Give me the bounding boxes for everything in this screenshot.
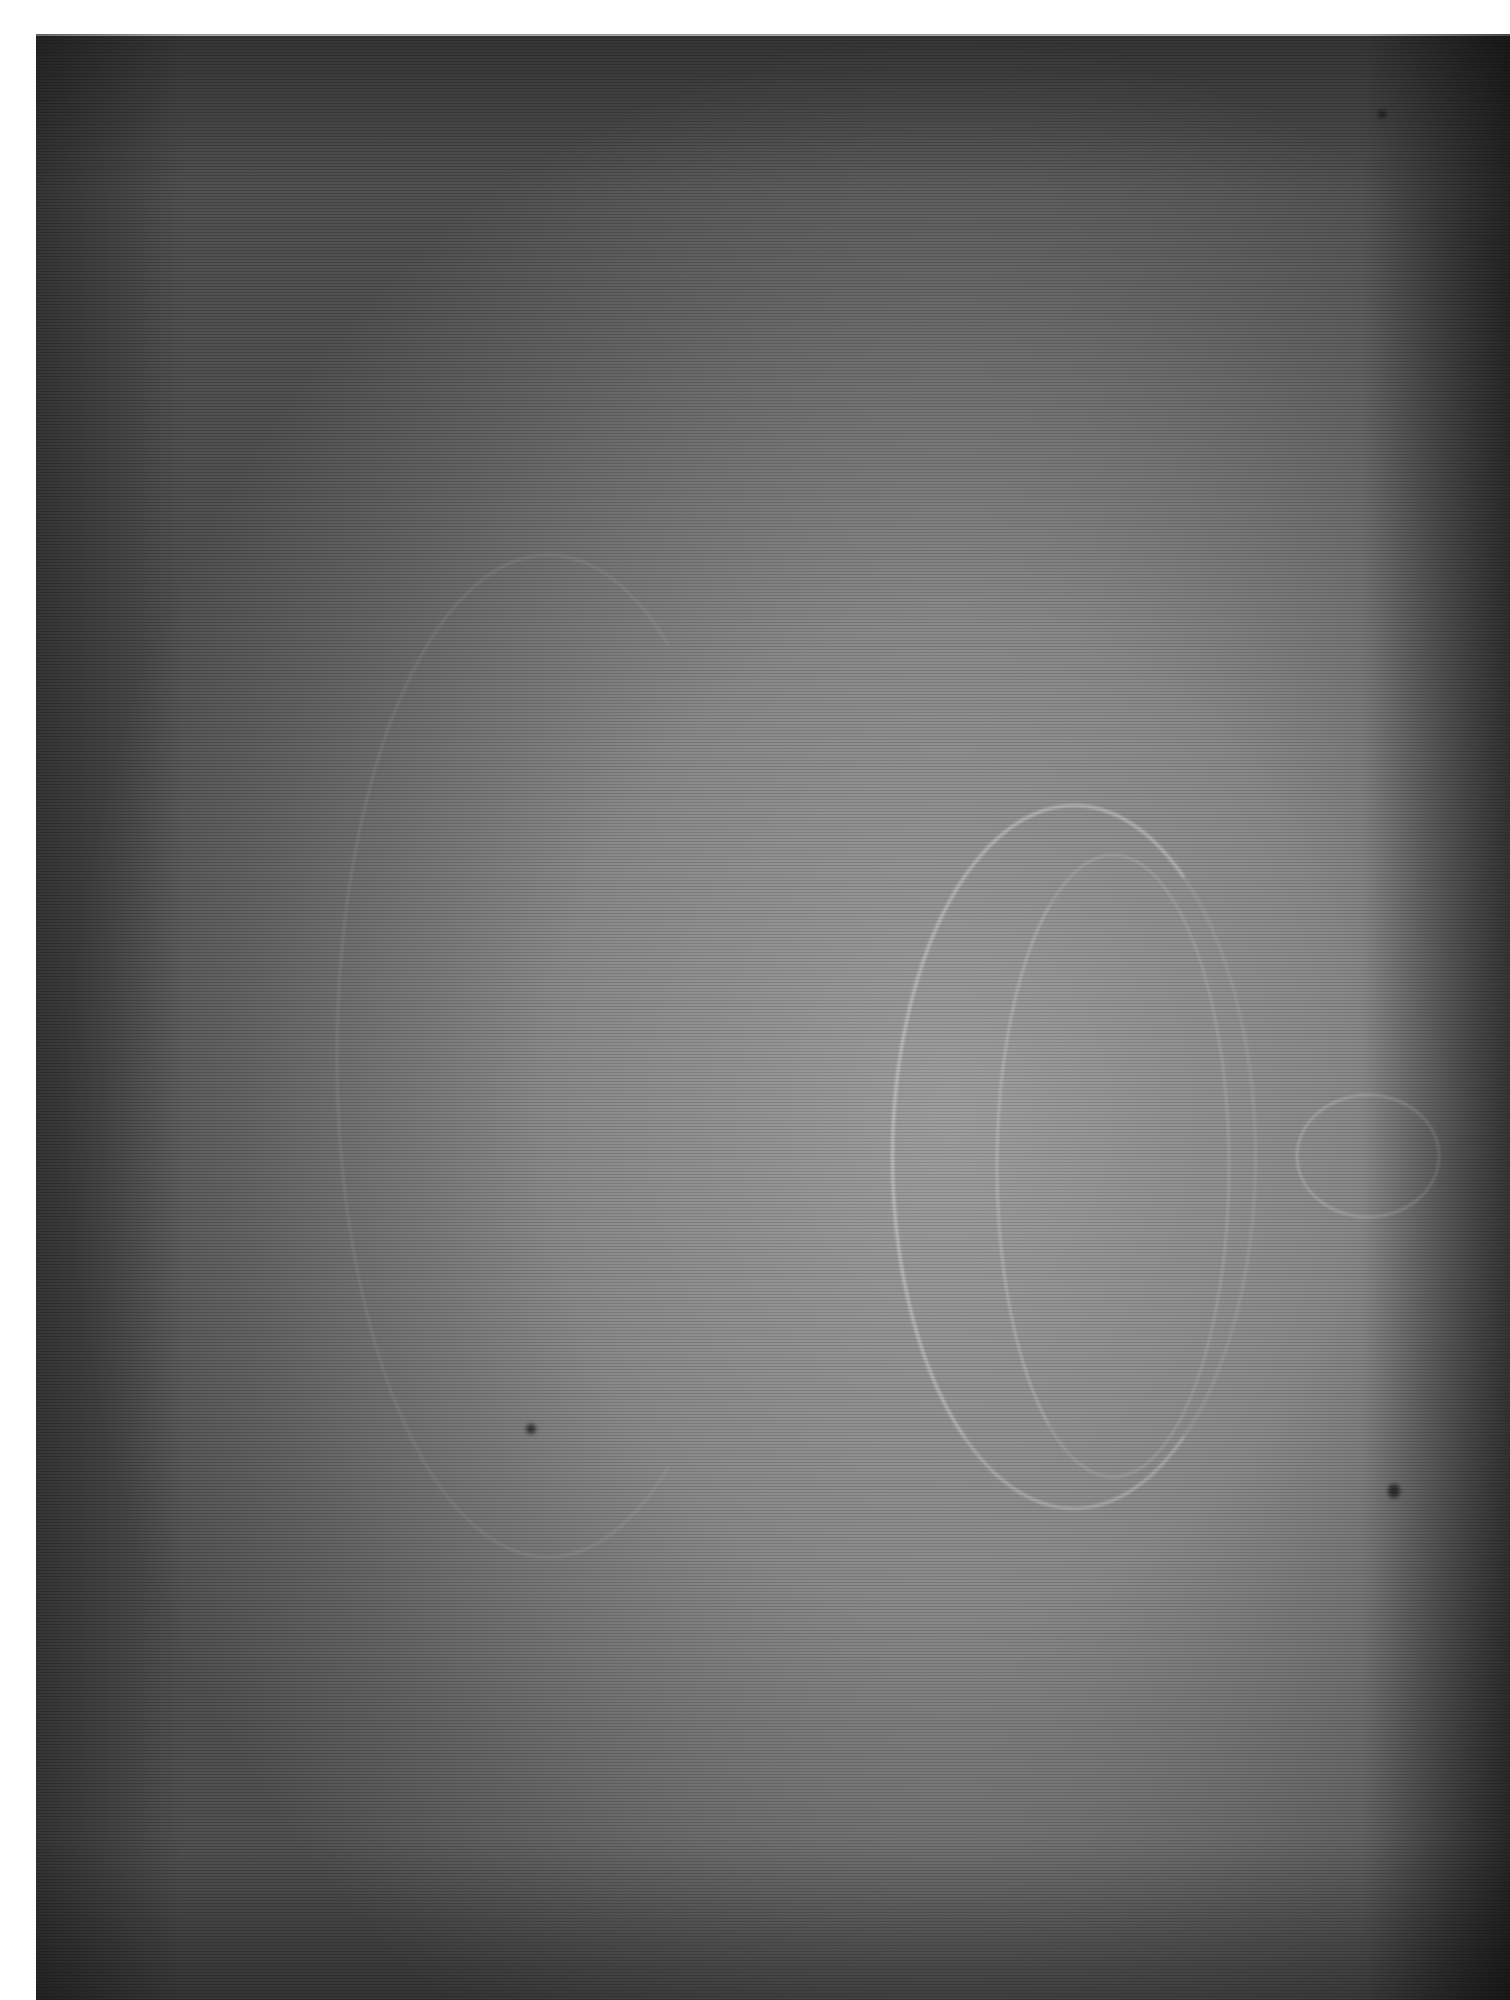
small-circle-trace: [1296, 1094, 1440, 1218]
vertical-ruler: [0, 0, 36, 2000]
ink-spot: [1378, 110, 1386, 118]
manuscript-scan: [36, 34, 1510, 2000]
faint-arc-left-column: [336, 554, 760, 1558]
ink-spot: [1388, 1484, 1400, 1498]
ink-spot: [526, 1424, 536, 1434]
horizontal-ruler: [0, 0, 1510, 36]
circle-diagram-trace-inner: [996, 854, 1230, 1478]
